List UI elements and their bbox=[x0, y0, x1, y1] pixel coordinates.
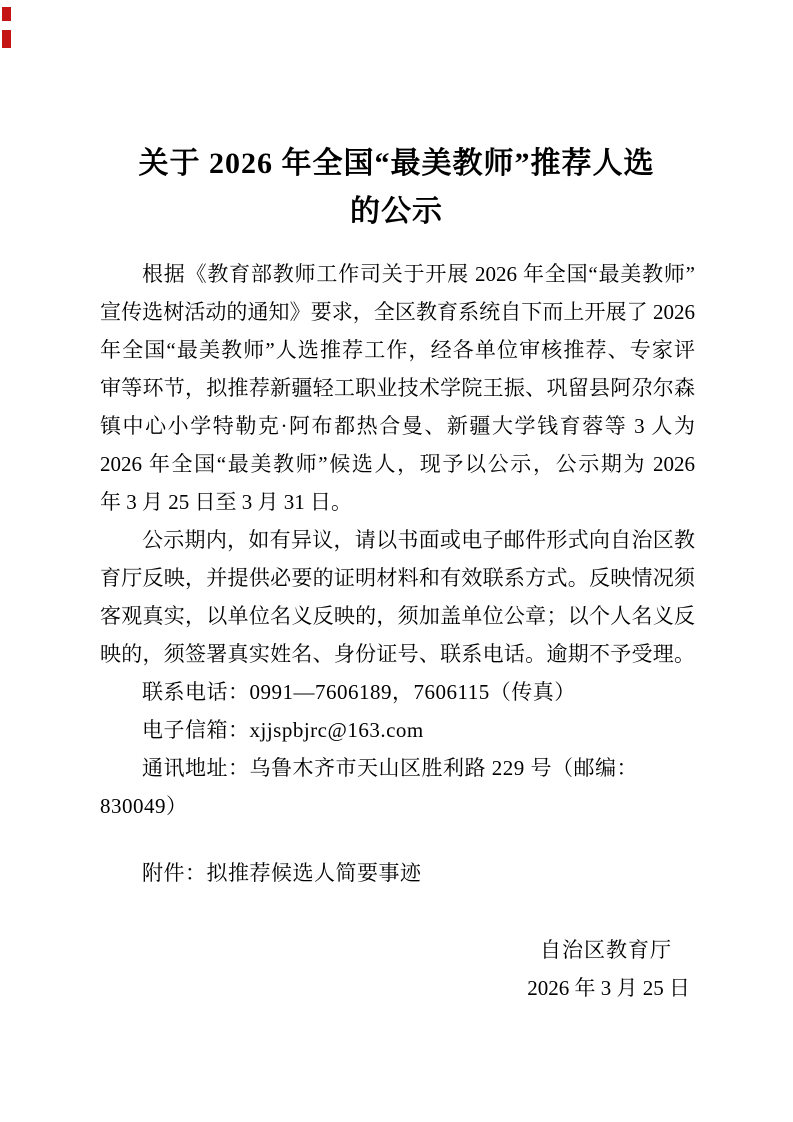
document-title: 关于 2026 年全国“最美教师”推荐人选 的公示 bbox=[0, 0, 793, 236]
body-line: 年全国“最美教师”人选推荐工作，经各单位审核推荐、专家评 bbox=[100, 331, 695, 369]
contact-phone-line: 联系电话：0991—7606189，7606115（传真） bbox=[100, 673, 695, 711]
body-line: 宣传选树活动的通知》要求，全区教育系统自下而上开展了 2026 bbox=[100, 293, 695, 331]
body-line: 镇中心小学特勒克·阿布都热合曼、新疆大学钱育蓉等 3 人为 bbox=[100, 407, 695, 445]
red-corner-mark-icon bbox=[2, 30, 11, 48]
paragraph-2: 公示期内，如有异议，请以书面或电子邮件形式向自治区教 育厅反映，并提供必要的证明… bbox=[100, 521, 695, 673]
title-line-1: 关于 2026 年全国“最美教师”推荐人选 bbox=[0, 140, 793, 188]
signature-date: 2026 年 3 月 25 日 bbox=[100, 969, 695, 1007]
paragraph-1: 根据《教育部教师工作司关于开展 2026 年全国“最美教师” 宣传选树活动的通知… bbox=[100, 255, 695, 521]
contact-email-line: 电子信箱：xjjspbjrc@163.com bbox=[100, 711, 695, 749]
body-line: 2026 年全国“最美教师”候选人，现予以公示，公示期为 2026 bbox=[100, 445, 695, 483]
title-line-2: 的公示 bbox=[0, 188, 793, 236]
document-body: 根据《教育部教师工作司关于开展 2026 年全国“最美教师” 宣传选树活动的通知… bbox=[100, 255, 695, 1007]
document-page: 关于 2026 年全国“最美教师”推荐人选 的公示 根据《教育部教师工作司关于开… bbox=[0, 0, 793, 1122]
body-line: 公示期内，如有异议，请以书面或电子邮件形式向自治区教 bbox=[100, 521, 695, 559]
attachment-line: 附件：拟推荐候选人简要事迹 bbox=[100, 854, 695, 892]
body-line: 育厅反映，并提供必要的证明材料和有效联系方式。反映情况须 bbox=[100, 559, 695, 597]
body-line: 审等环节，拟推荐新疆轻工职业技术学院王振、巩留县阿尕尔森 bbox=[100, 369, 695, 407]
body-line: 根据《教育部教师工作司关于开展 2026 年全国“最美教师” bbox=[100, 255, 695, 293]
body-line: 客观真实，以单位名义反映的，须加盖单位公章；以个人名义反 bbox=[100, 597, 695, 635]
red-corner-mark-icon bbox=[2, 7, 11, 21]
body-line: 年 3 月 25 日至 3 月 31 日。 bbox=[100, 483, 695, 521]
contact-info: 联系电话：0991—7606189，7606115（传真） 电子信箱：xjjsp… bbox=[100, 673, 695, 825]
body-line: 映的，须签署真实姓名、身份证号、联系电话。逾期不予受理。 bbox=[100, 635, 695, 673]
signature-org: 自治区教育厅 bbox=[100, 931, 695, 969]
contact-address-line: 通讯地址：乌鲁木齐市天山区胜利路 229 号（邮编：830049） bbox=[100, 749, 695, 825]
